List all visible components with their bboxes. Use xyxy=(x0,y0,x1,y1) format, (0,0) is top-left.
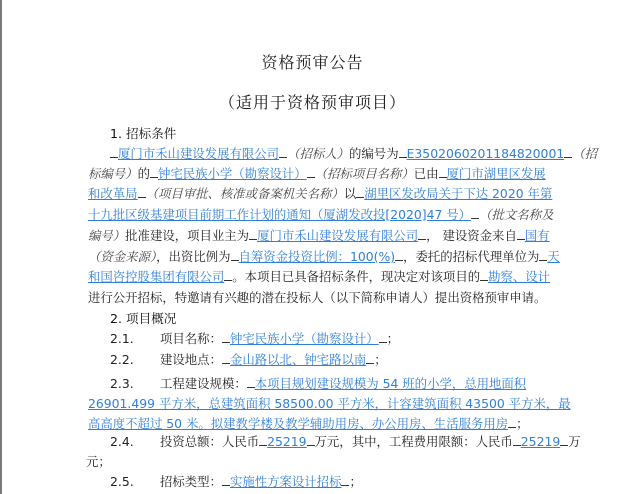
section-2-heading: 2. 项目概况 xyxy=(110,309,625,329)
document-title: 资格预审公告 xyxy=(0,50,625,73)
item-label: 投资总额：人民币 xyxy=(160,434,259,449)
paragraph-line-3: 和改革局（项目审批、核准或备案机关名称）以湖里区发改局关于下达 2020 年第 xyxy=(88,184,618,204)
investment-total: 25219 xyxy=(267,434,306,449)
paragraph-line-4: 十九批区级基建项目前期工作计划的通知（厦湖发改投[2020]47 号）（批文名称… xyxy=(88,205,618,225)
of-text: 的 xyxy=(138,166,150,181)
item-end: ； xyxy=(387,331,399,346)
item-2-4: 2.4.投资总额：人民币25219万元，其中，工程费用限额：人民币25219万 xyxy=(110,432,625,452)
blank-underline xyxy=(480,267,488,281)
blank-underline xyxy=(399,144,407,158)
blank-underline xyxy=(307,164,315,178)
conditions-text: 。本项目已具备招标条件，现决定对该项目的 xyxy=(232,269,480,284)
funding-source: 国有 xyxy=(525,228,550,243)
blank-underline xyxy=(150,164,158,178)
blank-underline xyxy=(513,432,521,446)
code-label-cont: 标编号） xyxy=(88,166,138,181)
paragraph-line-1: 厦门市禾山建设发展有限公司（招标人）的编号为E35020602011848200… xyxy=(110,144,625,164)
item-value: 钟宅民族小学（勘察设计） xyxy=(230,331,379,346)
blank-underline xyxy=(439,164,447,178)
document-page: 资格预审公告 （适用于资格预审项目） 1. 招标条件 厦门市禾山建设发展有限公司… xyxy=(0,0,625,494)
approval-document: 湖里区发改局关于下达 2020 年第 xyxy=(364,186,552,201)
tender-agent: 天 xyxy=(547,249,559,264)
blank-underline xyxy=(356,184,364,198)
item-2-2: 2.2.建设地点：金山路以北、钟宅路以南； xyxy=(110,350,625,370)
item-value: 金山路以北、钟宅路以南 xyxy=(230,352,366,367)
ratio-prefix: ，出资比例为 xyxy=(156,249,230,264)
item-label: 招标类型： xyxy=(160,474,222,489)
with-text: 以 xyxy=(344,186,356,201)
item-unit: 万 xyxy=(568,434,580,449)
blank-underline xyxy=(517,226,525,240)
item-2-3-cont: 26901.499 平方米，总建筑面积 58500.00 平方米，计容建筑面积 … xyxy=(88,394,618,414)
blank-underline xyxy=(138,184,146,198)
tender-code: E3502060201184820001 xyxy=(407,146,565,161)
item-value: 本项目规划建设规模为 54 班的小学，总用地面积 xyxy=(255,376,526,391)
blank-underline xyxy=(222,350,230,364)
item-mid: 万元，其中，工程费用限额：人民币 xyxy=(315,434,513,449)
blank-underline xyxy=(395,247,403,261)
item-2-3: 2.3.工程建设规模：本项目规划建设规模为 54 班的小学，总用地面积 xyxy=(110,374,625,394)
item-value: 实施性方案设计招标 xyxy=(230,474,342,489)
blank-underline xyxy=(110,144,118,158)
item-2-3-cont2: 高高度不超过 50 米。拟建教学楼及教学辅助用房、办公用房、生活服务用房； xyxy=(88,414,618,434)
paragraph-line-5: 编号）批准建设，项目业主为厦门市禾山建设发展有限公司， 建设资金来自国有 xyxy=(88,226,618,246)
code-prefix: 的编号为 xyxy=(349,146,399,161)
item-number: 2.2. xyxy=(110,350,160,370)
item-number: 2.3. xyxy=(110,374,160,394)
tenderer-label: （招标人） xyxy=(287,146,349,161)
blank-underline xyxy=(222,472,230,486)
item-value-cont: 26901.499 平方米，总建筑面积 58500.00 平方米，计容建筑面积 … xyxy=(88,396,571,411)
item-value-cont: 高高度不超过 50 米。拟建教学楼及教学辅助用房、办公用房、生活服务用房 xyxy=(88,416,508,431)
funding-prefix: ， 建设资金来自 xyxy=(426,228,517,243)
blank-underline xyxy=(379,329,387,343)
approval-document-cont: 十九批区级基建项目前期工作计划的通知（厦湖发改投[2020]47 号） xyxy=(88,207,471,222)
item-2-4-cont: 元； xyxy=(86,452,616,472)
section-1-heading: 1. 招标条件 xyxy=(110,124,625,144)
project-owner: 厦门市禾山建设发展有限公司 xyxy=(257,228,418,243)
tender-scope: 勘察、设计 xyxy=(488,269,550,284)
blank-underline xyxy=(247,374,255,388)
blank-underline xyxy=(249,226,257,240)
approved-by-prefix: 已由 xyxy=(414,166,439,181)
approval-doc-label: （批文名称及 xyxy=(479,207,553,222)
blank-underline xyxy=(222,329,230,343)
item-number: 2.1. xyxy=(110,329,160,349)
blank-underline xyxy=(508,414,516,428)
item-2-5: 2.5.招标类型：实施性方案设计招标； xyxy=(110,472,625,492)
investment-ratio: 自筹资金投资比例：100(%) xyxy=(239,249,396,264)
paragraph-line-6: （资金来源），出资比例为自筹资金投资比例：100(%)，委托的招标代理单位为天 xyxy=(88,247,618,267)
blank-underline xyxy=(231,247,239,261)
paragraph-line-7: 和国咨控股集团有限公司。本项目已具备招标条件，现决定对该项目的勘察、设计 xyxy=(88,267,618,287)
item-2-1: 2.1.项目名称：钟宅民族小学（勘察设计）； xyxy=(110,329,625,349)
approved-text: 批准建设，项目业主为 xyxy=(125,228,249,243)
approver-name-cont: 和改革局 xyxy=(88,186,138,201)
blank-underline xyxy=(279,144,287,158)
item-end: ； xyxy=(516,416,528,431)
engineering-cost-limit: 25219 xyxy=(521,434,560,449)
item-end: ； xyxy=(374,352,386,367)
approver-label: （项目审批、核准或备案机关名称） xyxy=(146,186,344,201)
blank-underline xyxy=(259,432,267,446)
item-label: 工程建设规模： xyxy=(160,376,247,391)
code-label: （招 xyxy=(572,146,597,161)
paragraph-line-2: 标编号）的钟宅民族小学（勘察设计）（招标项目名称）已由厦门市湖里区发展 xyxy=(88,164,618,184)
approver-name: 厦门市湖里区发展 xyxy=(447,166,546,181)
approval-doc-label-cont: 编号） xyxy=(88,228,125,243)
blank-underline xyxy=(471,205,479,219)
paragraph-line-8: 进行公开招标，特邀请有兴趣的潜在投标人（以下简称申请人）提出资格预审申请。 xyxy=(88,288,618,308)
item-number: 2.4. xyxy=(110,432,160,452)
blank-underline xyxy=(418,226,426,240)
blank-underline xyxy=(307,432,315,446)
item-label: 建设地点： xyxy=(160,352,222,367)
agent-prefix: ，委托的招标代理单位为 xyxy=(403,249,539,264)
funding-source-label: （资金来源） xyxy=(88,249,156,264)
item-end: ； xyxy=(349,474,361,489)
project-name-label: （招标项目名称） xyxy=(315,166,414,181)
document-subtitle: （适用于资格预审项目） xyxy=(0,90,625,113)
item-number: 2.5. xyxy=(110,472,160,492)
tender-agent-cont: 和国咨控股集团有限公司 xyxy=(88,269,224,284)
project-name: 钟宅民族小学（勘察设计） xyxy=(158,166,307,181)
tenderer-name: 厦门市禾山建设发展有限公司 xyxy=(118,146,279,161)
item-label: 项目名称： xyxy=(160,331,222,346)
